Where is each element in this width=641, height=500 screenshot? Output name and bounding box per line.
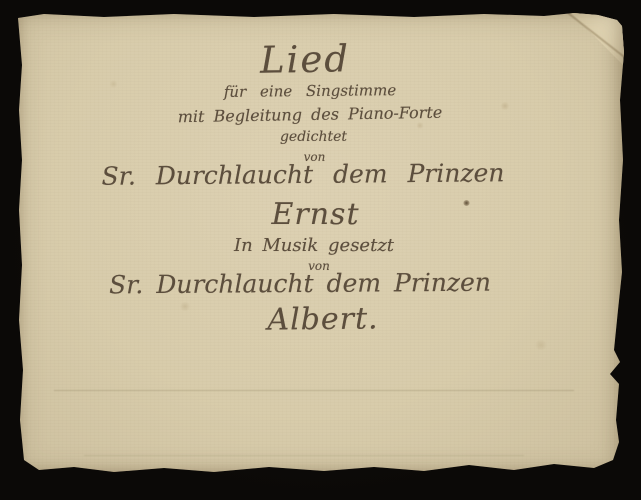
- photo-backdrop: Lied für eine Singstimme mit Begleitung …: [0, 0, 641, 500]
- line-mit-begleitung: mit Begleitung des Piano-Forte: [0, 99, 626, 129]
- line-gedichtet: gedichtet: [1, 129, 626, 145]
- line-in-musik-gesetzt: In Musik gesetzt: [2, 235, 626, 256]
- crease-line: [54, 390, 574, 391]
- line-albert: Albert.: [20, 299, 626, 340]
- foxing-spot: [416, 122, 424, 129]
- title-lied: Lied: [0, 32, 626, 86]
- line-ernst: Ernst: [5, 197, 626, 232]
- line-prinz-ernst-titel: Sr. Durchlaucht dem Prinzen: [0, 157, 626, 192]
- manuscript-page: Lied für eine Singstimme mit Begleitung …: [14, 10, 626, 478]
- line-prinz-albert-titel: Sr. Durchlaucht dem Prinzen: [0, 267, 626, 301]
- foxing-spot: [534, 340, 548, 350]
- crease-line: [84, 455, 524, 456]
